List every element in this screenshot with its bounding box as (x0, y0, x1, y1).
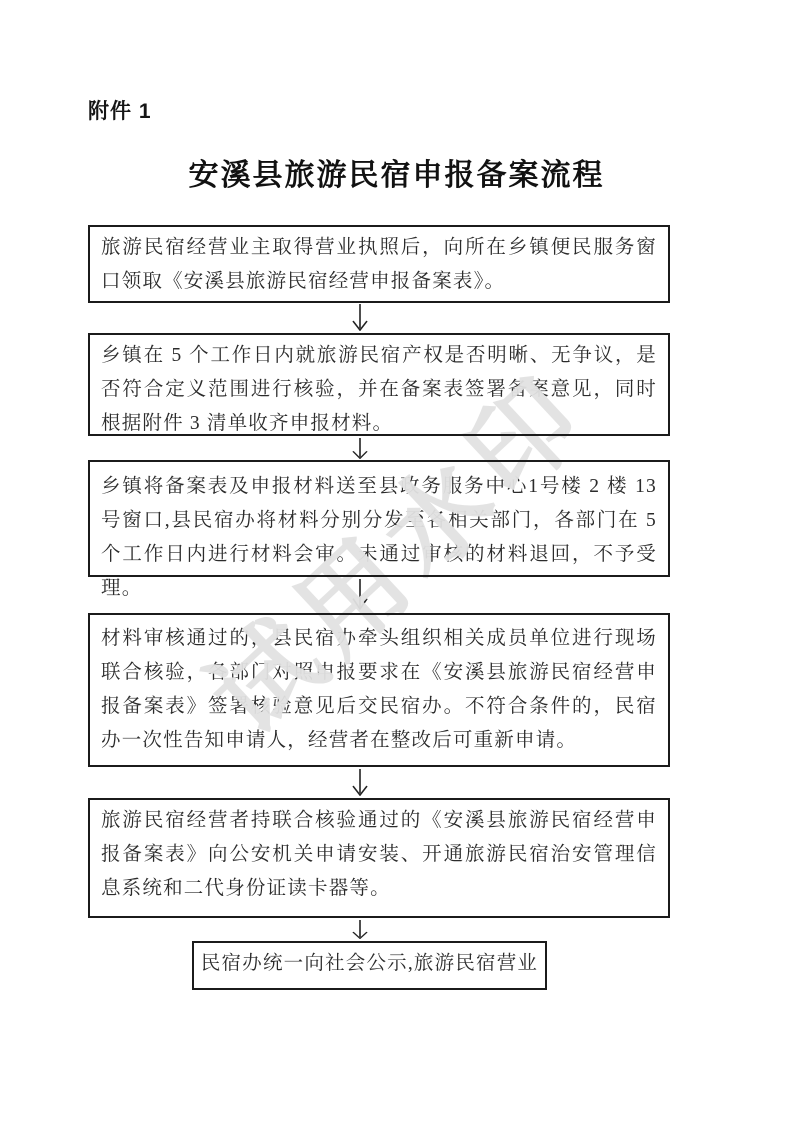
down-arrow-icon (351, 920, 369, 939)
page-title: 安溪县旅游民宿申报备案流程 (0, 150, 793, 194)
flow-step-5: 旅游民宿经营者持联合核验通过的《安溪县旅游民宿经营申报备案表》向公安机关申请安装… (88, 798, 670, 918)
flow-step-3: 乡镇将备案表及申报材料送至县政务服务中心1号楼 2 楼 13 号窗口,县民宿办将… (88, 460, 670, 577)
document-page: 附件 1 安溪县旅游民宿申报备案流程 旅游民宿经营业主取得营业执照后，向所在乡镇… (0, 0, 793, 1122)
flow-step-2: 乡镇在 5 个工作日内就旅游民宿产权是否明晰、无争议，是否符合定义范围进行核验，… (88, 333, 670, 436)
down-arrow-icon (351, 304, 369, 331)
flow-step-4: 材料审核通过的，县民宿办牵头组织相关成员单位进行现场联合核验，各部门对照申报要求… (88, 613, 670, 767)
down-arrow-icon (351, 769, 369, 796)
down-arrow-icon (351, 579, 369, 610)
flow-step-6: 民宿办统一向社会公示,旅游民宿营业 (192, 941, 547, 990)
down-arrow-icon (351, 438, 369, 459)
attachment-label: 附件 1 (88, 95, 152, 125)
flow-step-1: 旅游民宿经营业主取得营业执照后，向所在乡镇便民服务窗口领取《安溪县旅游民宿经营申… (88, 225, 670, 303)
